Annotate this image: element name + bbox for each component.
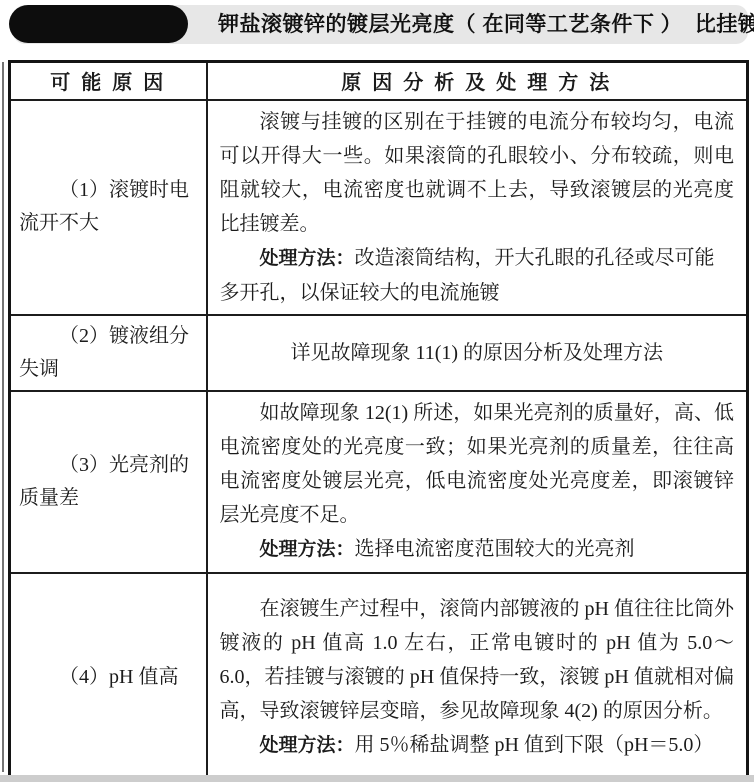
cause-text: （4）pH 值高 [19,661,200,694]
table-row: （1）滚镀时电流开不大 滚镀与挂镀的区别在于挂镀的电流分布较均匀，电流可以开得大… [10,100,748,315]
scan-shadow-artifact [0,775,754,782]
cause-text: （3）光亮剂的质量差 [19,449,200,515]
header-band: 故障现象 12 钾盐滚镀锌的镀层光亮度（ 在同等工艺条件下 ） 比挂镀差 [13,5,748,44]
analysis-text: 如故障现象 12(1) 所述，如果光亮剂的质量好，高、低电流密度处的光亮度一致；… [220,396,735,532]
method-label: 处理方法： [260,248,355,269]
method-paragraph: 处理方法：改造滚筒结构，开大孔眼的孔径或尽可能多开孔，以保证较大的电流施镀 [220,241,735,310]
analysis-text: 详见故障现象 11(1) 的原因分析及处理方法 [220,336,735,370]
method-text: 用 5％稀盐调整 pH 值到下限（pH＝5.0） [355,734,714,756]
analysis-cell: 在滚镀生产过程中，滚筒内部镀液的 pH 值往往比筒外镀液的 pH 值高 1.0 … [207,573,748,782]
analysis-cell: 详见故障现象 11(1) 的原因分析及处理方法 [207,315,748,391]
analysis-cell: 如故障现象 12(1) 所述，如果光亮剂的质量好，高、低电流密度处的光亮度一致；… [207,391,748,573]
page-title: 钾盐滚镀锌的镀层光亮度（ 在同等工艺条件下 ） 比挂镀差 [218,5,754,44]
table-row: （2）镀液组分失调 详见故障现象 11(1) 的原因分析及处理方法 [10,315,748,391]
method-paragraph: 处理方法：选择电流密度范围较大的光亮剂 [220,532,735,567]
cause-cell: （1）滚镀时电流开不大 [10,100,207,315]
scan-edge-artifact [2,62,4,772]
fault-number-badge: 故障现象 12 [9,5,188,43]
column-header-cause: 可 能 原 因 [10,62,207,100]
cause-cell: （3）光亮剂的质量差 [10,391,207,573]
cause-cell: （2）镀液组分失调 [10,315,207,391]
analysis-text: 在滚镀生产过程中，滚筒内部镀液的 pH 值往往比筒外镀液的 pH 值高 1.0 … [220,592,735,728]
table-row: （3）光亮剂的质量差 如故障现象 12(1) 所述，如果光亮剂的质量好，高、低电… [10,391,748,573]
cause-text: （1）滚镀时电流开不大 [19,174,200,240]
method-label: 处理方法： [260,735,355,756]
method-paragraph: 处理方法：用 5％稀盐调整 pH 值到下限（pH＝5.0） [220,728,735,763]
method-label: 处理方法： [260,539,355,560]
table-header-row: 可 能 原 因 原 因 分 析 及 处 理 方 法 [10,62,748,100]
table-row: （4）pH 值高 在滚镀生产过程中，滚筒内部镀液的 pH 值往往比筒外镀液的 p… [10,573,748,782]
cause-text: （2）镀液组分失调 [19,320,200,386]
method-text: 选择电流密度范围较大的光亮剂 [355,538,635,560]
column-header-analysis: 原 因 分 析 及 处 理 方 法 [207,62,748,100]
analysis-text: 滚镀与挂镀的区别在于挂镀的电流分布较均匀，电流可以开得大一些。如果滚筒的孔眼较小… [220,105,735,241]
fault-analysis-table: 可 能 原 因 原 因 分 析 及 处 理 方 法 （1）滚镀时电流开不大 滚镀… [8,60,749,782]
analysis-cell: 滚镀与挂镀的区别在于挂镀的电流分布较均匀，电流可以开得大一些。如果滚筒的孔眼较小… [207,100,748,315]
cause-cell: （4）pH 值高 [10,573,207,782]
